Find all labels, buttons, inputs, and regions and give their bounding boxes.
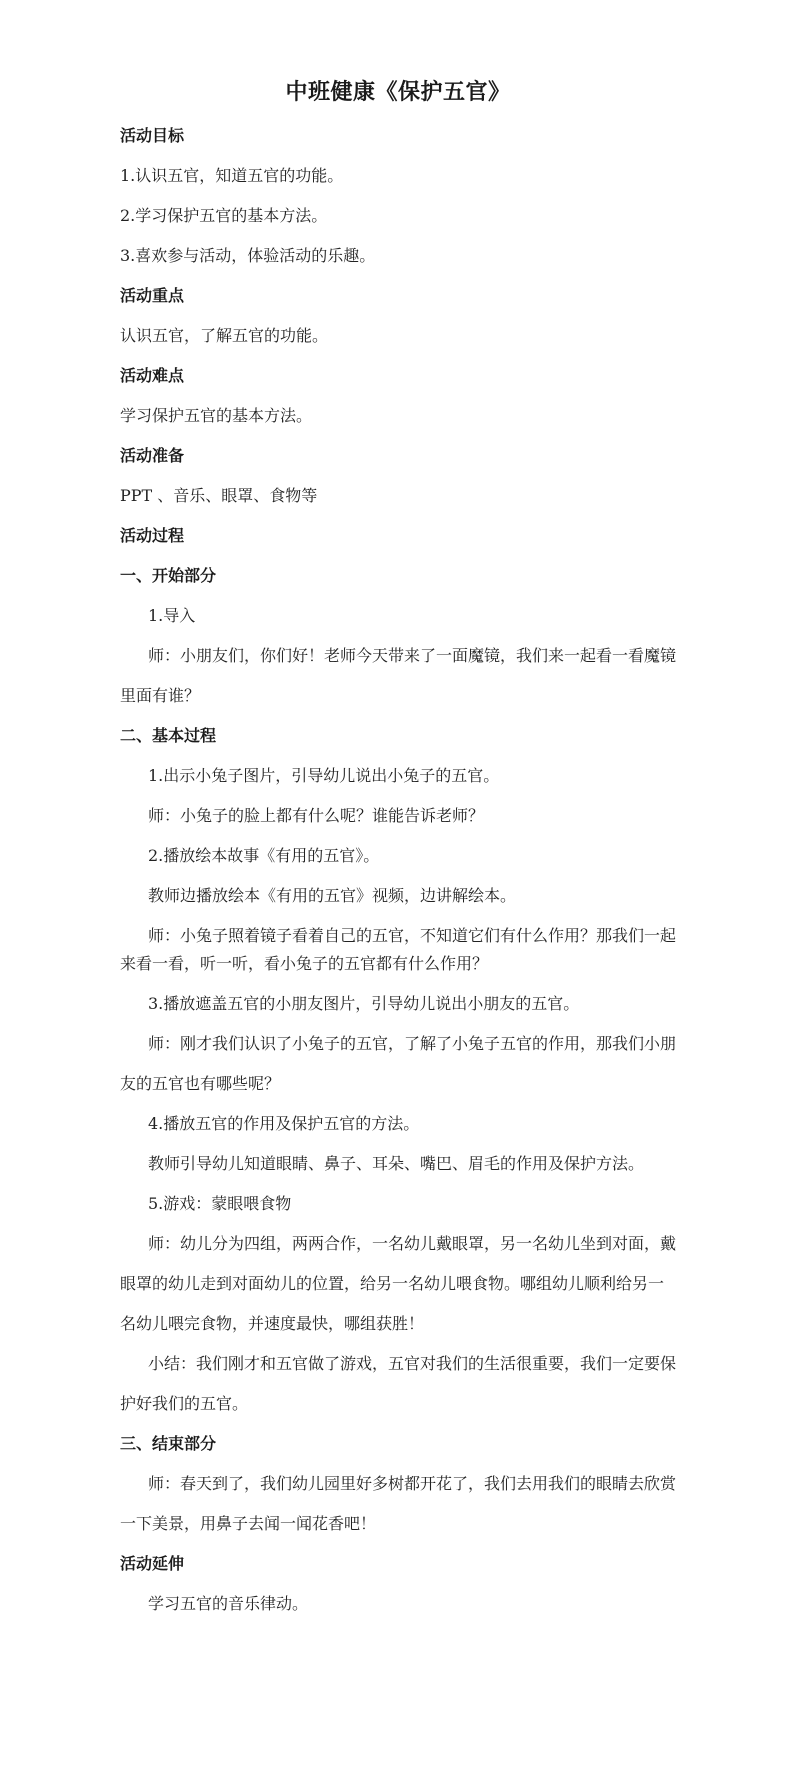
heading-objectives: 活动目标 <box>120 116 676 156</box>
heading-process: 活动过程 <box>120 516 676 556</box>
preparation-text: PPT 、音乐、眼罩、食物等 <box>120 476 676 516</box>
heading-preparation: 活动准备 <box>120 436 676 476</box>
heading-part-1-start: 一、开始部分 <box>120 556 676 596</box>
heading-extension: 活动延伸 <box>120 1544 676 1584</box>
step-intro: 1.导入 <box>120 596 676 636</box>
heading-key-points: 活动重点 <box>120 276 676 316</box>
step-1-rabbit: 1.出示小兔子图片，引导幼儿说出小兔子的五官。 <box>120 756 676 796</box>
paragraph-rabbit-face: 师：小兔子的脸上都有什么呢？谁能告诉老师？ <box>120 796 676 836</box>
heading-part-3-end: 三、结束部分 <box>120 1424 676 1464</box>
step-2-picture-book: 2.播放绘本故事《有用的五官》。 <box>120 836 676 876</box>
document-page: 中班健康《保护五官》 活动目标 1.认识五官，知道五官的功能。 2.学习保护五官… <box>0 0 793 1786</box>
paragraph-rabbit-mirror: 师：小兔子照着镜子看着自己的五官，不知道它们有什么作用？那我们一起来看一看，听一… <box>120 916 676 984</box>
objective-item-3: 3.喜欢参与活动，体验活动的乐趣。 <box>120 236 676 276</box>
objective-item-2: 2.学习保护五官的基本方法。 <box>120 196 676 236</box>
step-5-game: 5.游戏：蒙眼喂食物 <box>120 1184 676 1224</box>
paragraph-game-rules: 师：幼儿分为四组，两两合作，一名幼儿戴眼罩，另一名幼儿坐到对面，戴眼罩的幼儿走到… <box>120 1224 676 1344</box>
paragraph-play-video: 教师边播放绘本《有用的五官》视频，边讲解绘本。 <box>120 876 676 916</box>
document-title: 中班健康《保护五官》 <box>120 72 676 112</box>
heading-part-2-basic: 二、基本过程 <box>120 716 676 756</box>
paragraph-summary: 小结：我们刚才和五官做了游戏，五官对我们的生活很重要，我们一定要保护好我们的五官… <box>120 1344 676 1424</box>
step-4-protect-methods: 4.播放五官的作用及保护五官的方法。 <box>120 1104 676 1144</box>
paragraph-magic-mirror: 师：小朋友们，你们好！老师今天带来了一面魔镜，我们来一起看一看魔镜里面有谁？ <box>120 636 676 716</box>
document-body: 中班健康《保护五官》 活动目标 1.认识五官，知道五官的功能。 2.学习保护五官… <box>120 72 676 1624</box>
key-points-text: 认识五官，了解五官的功能。 <box>120 316 676 356</box>
paragraph-children-features: 师：刚才我们认识了小兔子的五官，了解了小兔子五官的作用，那我们小朋友的五官也有哪… <box>120 1024 676 1104</box>
heading-difficulties: 活动难点 <box>120 356 676 396</box>
paragraph-spring: 师：春天到了，我们幼儿园里好多树都开花了，我们去用我们的眼睛去欣赏一下美景，用鼻… <box>120 1464 676 1544</box>
objective-item-1: 1.认识五官，知道五官的功能。 <box>120 156 676 196</box>
extension-text: 学习五官的音乐律动。 <box>120 1584 676 1624</box>
difficulties-text: 学习保护五官的基本方法。 <box>120 396 676 436</box>
step-3-children-picture: 3.播放遮盖五官的小朋友图片，引导幼儿说出小朋友的五官。 <box>120 984 676 1024</box>
paragraph-guide-functions: 教师引导幼儿知道眼睛、鼻子、耳朵、嘴巴、眉毛的作用及保护方法。 <box>120 1144 676 1184</box>
